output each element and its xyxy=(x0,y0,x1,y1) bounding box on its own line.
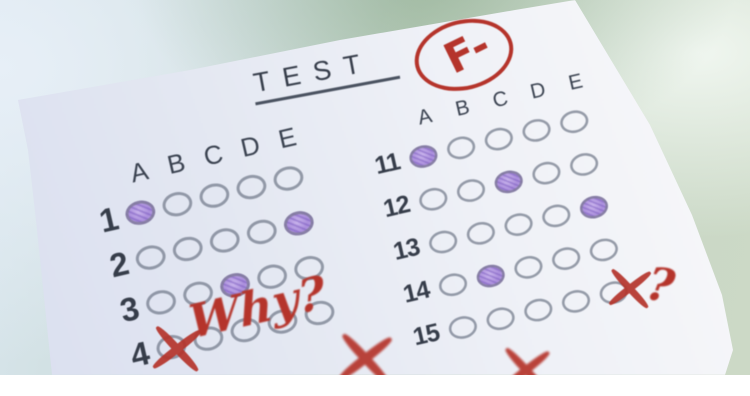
answer-block-right: ABCDE1112131415 xyxy=(349,64,642,363)
bubble-15-B xyxy=(484,304,517,332)
bubble-1-E xyxy=(271,163,306,193)
grade-text: F- xyxy=(436,19,498,83)
bubble-15-D xyxy=(560,287,593,315)
bubble-12-D xyxy=(530,159,563,187)
question-mark-annotation: ? xyxy=(643,256,679,314)
header-letter-A: A xyxy=(408,102,441,132)
red-x-bottom-center xyxy=(336,330,394,375)
question-number: 11 xyxy=(358,148,403,185)
header-letter-C: C xyxy=(484,85,517,115)
bubble-14-E xyxy=(587,235,620,263)
bubble-13-D xyxy=(540,201,573,229)
header-letter-D: D xyxy=(522,76,555,106)
header-letter-D: D xyxy=(232,128,268,165)
bubble-12-B xyxy=(455,176,488,204)
question-number: 3 xyxy=(101,289,143,334)
question-number: 2 xyxy=(91,244,133,289)
bubble-2-B xyxy=(170,234,205,264)
bubble-13-A xyxy=(427,228,460,256)
bubble-11-B xyxy=(445,133,478,161)
bubble-12-A xyxy=(417,185,450,213)
bubble-12-E xyxy=(568,150,601,178)
bubble-2-E xyxy=(281,208,316,238)
bubble-1-C xyxy=(197,181,232,211)
bubble-14-D xyxy=(550,244,583,272)
question-number: 12 xyxy=(368,191,413,228)
bubble-13-C xyxy=(502,210,535,238)
bubble-15-A xyxy=(446,313,479,341)
bubble-14-C xyxy=(512,253,545,281)
header-letter-E: E xyxy=(269,119,305,156)
bubble-3-A xyxy=(144,287,179,317)
header-letter-C: C xyxy=(195,136,231,173)
question-number: 1 xyxy=(81,199,123,244)
bubble-14-B xyxy=(474,262,507,290)
bubble-2-C xyxy=(207,225,242,255)
bubble-2-D xyxy=(244,217,279,247)
bubble-1-B xyxy=(160,189,195,219)
bubble-2-A xyxy=(133,242,168,272)
header-letter-B: B xyxy=(446,94,479,124)
bubble-14-A xyxy=(437,270,470,298)
header-letter-B: B xyxy=(158,145,194,182)
bubble-1-D xyxy=(234,172,269,202)
bubble-12-C xyxy=(492,167,525,195)
bubble-11-E xyxy=(558,107,591,135)
bubble-11-D xyxy=(520,116,553,144)
header-letter-E: E xyxy=(559,68,592,98)
bubble-15-C xyxy=(522,296,555,324)
bubble-11-A xyxy=(407,142,440,170)
red-x-bottom-right xyxy=(500,344,552,375)
question-number: 4 xyxy=(112,334,154,375)
bubble-11-C xyxy=(482,125,515,153)
question-number: 15 xyxy=(397,319,442,356)
header-letter-A: A xyxy=(121,153,157,190)
question-number: 14 xyxy=(387,276,432,313)
bubble-13-B xyxy=(464,219,497,247)
bubble-13-E xyxy=(578,193,611,221)
question-number: 13 xyxy=(377,233,422,270)
bubble-1-A xyxy=(123,198,158,228)
